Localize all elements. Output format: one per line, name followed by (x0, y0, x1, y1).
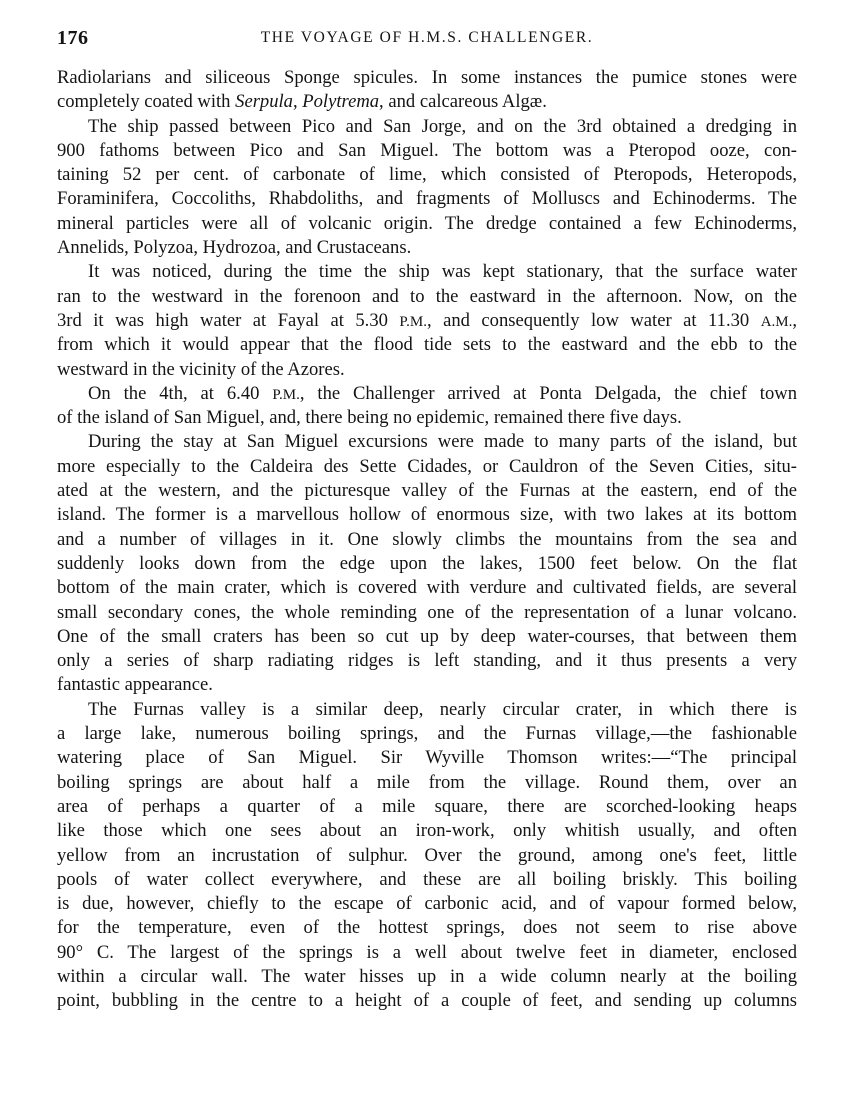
text-line: for the temperature, even of the hottest… (57, 916, 797, 940)
text-line: 3rd it was high water at Fayal at 5.30 P… (57, 309, 797, 333)
text-line: more especially to the Caldeira des Sett… (57, 455, 797, 479)
text-line: 900 fathoms between Pico and San Miguel.… (57, 139, 797, 163)
text-line: pools of water collect everywhere, and t… (57, 868, 797, 892)
text-line: 90° C. The largest of the springs is a w… (57, 941, 797, 965)
text-line: ran to the westward in the forenoon and … (57, 285, 797, 309)
text-line: One of the small craters has been so cut… (57, 625, 797, 649)
text-line: It was noticed, during the time the ship… (57, 260, 797, 284)
text-line: point, bubbling in the centre to a heigh… (57, 989, 797, 1013)
text-line: During the stay at San Miguel excursions… (57, 430, 797, 454)
text-line: westward in the vicinity of the Azores. (57, 358, 797, 382)
text-line: is due, however, chiefly to the escape o… (57, 892, 797, 916)
text-line: like those which one sees about an iron-… (57, 819, 797, 843)
text-line: fantastic appearance. (57, 673, 797, 697)
text-line: ated at the western, and the picturesque… (57, 479, 797, 503)
text-line: small secondary cones, the whole remindi… (57, 601, 797, 625)
text-line: On the 4th, at 6.40 P.M., the Challenger… (57, 382, 797, 406)
text-line: boiling springs are about half a mile fr… (57, 771, 797, 795)
page-header: 176 THE VOYAGE OF H.M.S. CHALLENGER. (57, 27, 797, 51)
text-line: of the island of San Miguel, and, there … (57, 406, 797, 430)
text-line: from which it would appear that the floo… (57, 333, 797, 357)
text-line: Foraminifera, Coccoliths, Rhabdoliths, a… (57, 187, 797, 211)
text-line: Radiolarians and siliceous Sponge spicul… (57, 66, 797, 90)
text-line: watering place of San Miguel. Sir Wyvill… (57, 746, 797, 770)
text-line: The Furnas valley is a similar deep, nea… (57, 698, 797, 722)
text-line: Annelids, Polyzoa, Hydrozoa, and Crustac… (57, 236, 797, 260)
text-line: a large lake, numerous boiling springs, … (57, 722, 797, 746)
text-line: within a circular wall. The water hisses… (57, 965, 797, 989)
text-line: yellow from an incrustation of sulphur. … (57, 844, 797, 868)
text-line: only a series of sharp radiating ridges … (57, 649, 797, 673)
text-line: The ship passed between Pico and San Jor… (57, 115, 797, 139)
text-line: completely coated with Serpula, Polytrem… (57, 90, 797, 114)
text-line: mineral particles were all of volcanic o… (57, 212, 797, 236)
text-line: area of perhaps a quarter of a mile squa… (57, 795, 797, 819)
text-line: island. The former is a marvellous hollo… (57, 503, 797, 527)
body-text: Radiolarians and siliceous Sponge spicul… (57, 66, 797, 1014)
text-line: suddenly looks down from the edge upon t… (57, 552, 797, 576)
running-title: THE VOYAGE OF H.M.S. CHALLENGER. (57, 29, 797, 47)
text-line: and a number of villages in it. One slow… (57, 528, 797, 552)
book-page: 176 THE VOYAGE OF H.M.S. CHALLENGER. Rad… (0, 0, 850, 1100)
text-line: taining 52 per cent. of carbonate of lim… (57, 163, 797, 187)
text-line: bottom of the main crater, which is cove… (57, 576, 797, 600)
